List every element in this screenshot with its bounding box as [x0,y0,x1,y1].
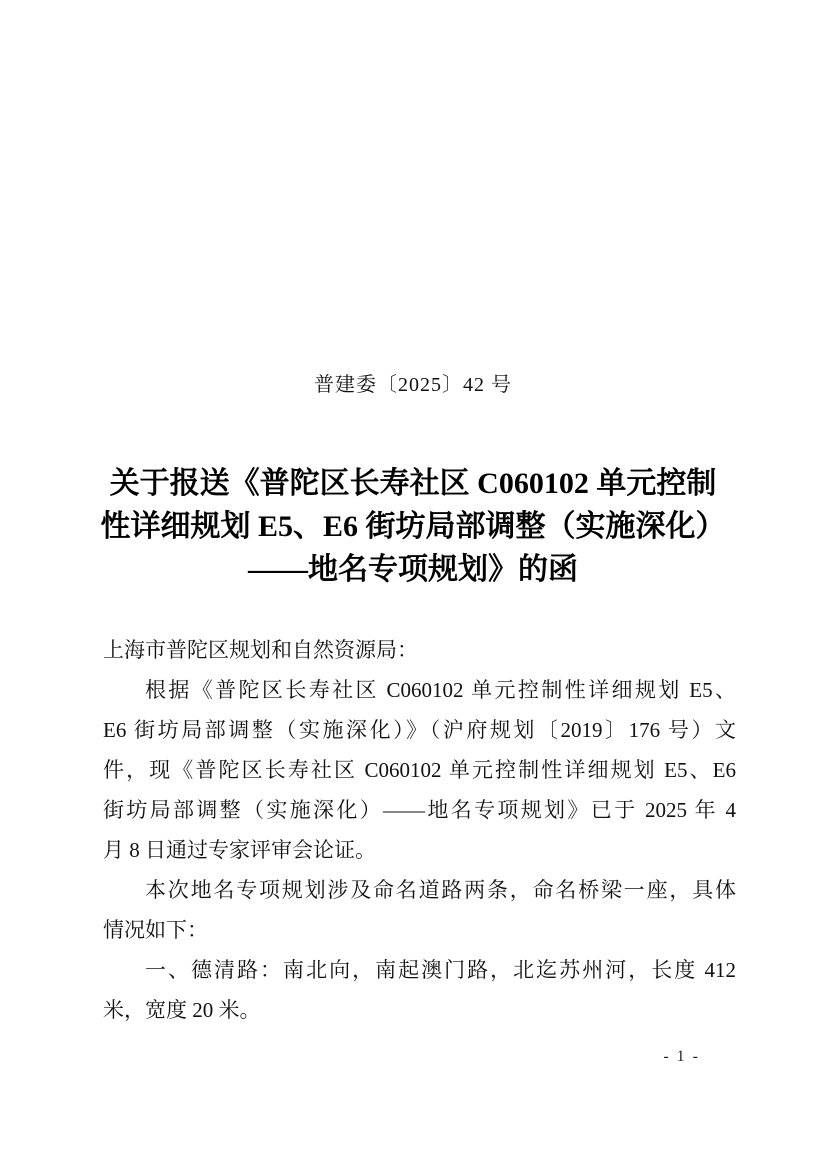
body-line-4: 街坊局部调整（实施深化）——地名专项规划》已于 2025 年 4 [103,790,736,830]
body-line-2: E6 街坊局部调整（实施深化）》（沪府规划〔2019〕176 号）文 [103,710,736,750]
body-line-6: 本次地名专项规划涉及命名道路两条，命名桥梁一座，具体 [103,870,736,910]
document-title: 关于报送《普陀区长寿社区 C060102 单元控制 性详细规划 E5、E6 街坊… [90,462,736,591]
title-line-3: ——地名专项规划》的函 [90,548,736,591]
body-line-5: 月 8 日通过专家评审会论证。 [103,830,736,870]
recipient-line: 上海市普陀区规划和自然资源局： [103,630,736,670]
body-line-8: 一、德清路：南北向，南起澳门路，北迄苏州河，长度 412 [103,950,736,990]
body-line-3: 件，现《普陀区长寿社区 C060102 单元控制性详细规划 E5、E6 [103,750,736,790]
document-number: 普建委〔2025〕42 号 [0,371,826,399]
title-line-1: 关于报送《普陀区长寿社区 C060102 单元控制 [90,462,736,505]
page-number: - 1 - [663,1046,700,1068]
document-page: 普建委〔2025〕42 号 关于报送《普陀区长寿社区 C060102 单元控制 … [0,0,826,1169]
body-line-7: 情况如下： [103,910,736,950]
title-line-2: 性详细规划 E5、E6 街坊局部调整（实施深化） [90,505,736,548]
body-line-9: 米，宽度 20 米。 [103,990,736,1030]
document-body: 上海市普陀区规划和自然资源局： 根据《普陀区长寿社区 C060102 单元控制性… [103,630,736,1030]
body-line-1: 根据《普陀区长寿社区 C060102 单元控制性详细规划 E5、 [103,670,736,710]
